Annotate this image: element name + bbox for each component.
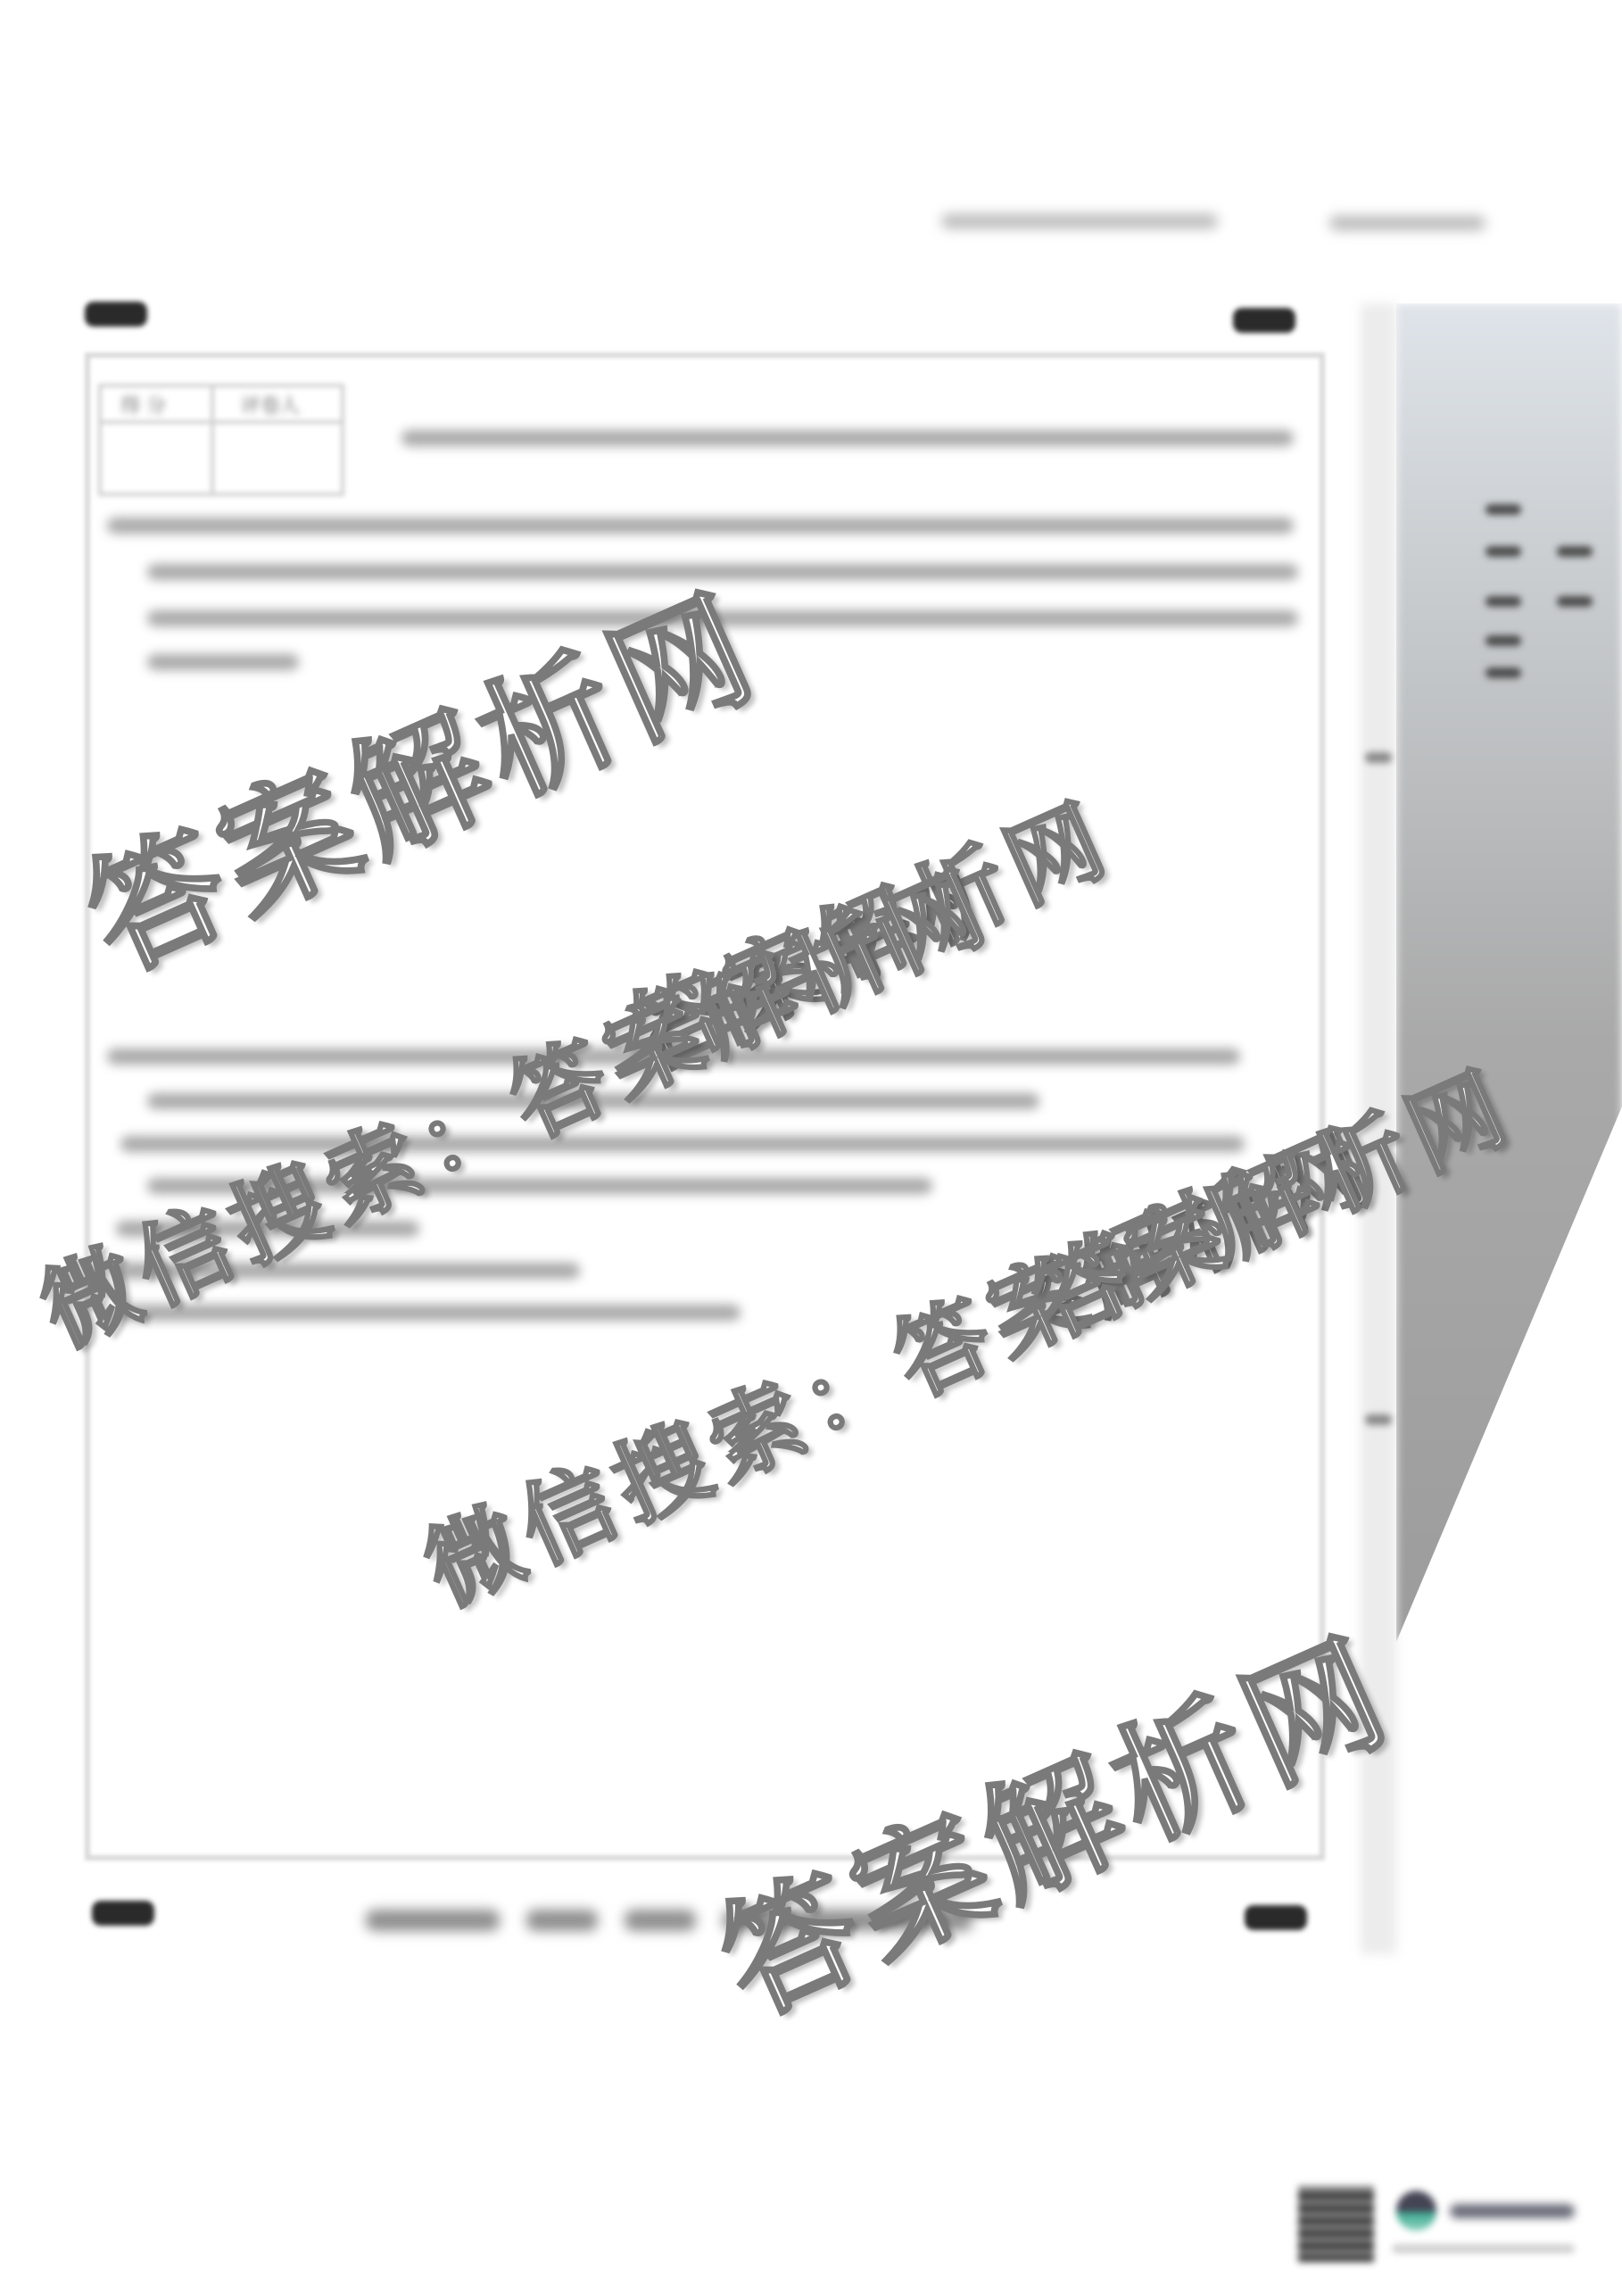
score-table: 得 分 评卷人 [98, 384, 366, 500]
section-heading [401, 430, 1294, 446]
corner-marker-tl [85, 302, 147, 327]
brand-logo-icon [1396, 2191, 1436, 2231]
score-header: 得 分 [120, 391, 166, 419]
header-line-right [1329, 216, 1485, 230]
corner-marker-tr [1233, 308, 1295, 333]
panel-text-mark [1485, 504, 1521, 515]
question-1-line [147, 654, 299, 670]
panel-text-mark [1557, 546, 1593, 557]
binding-hole [1365, 1414, 1392, 1425]
binding-hole [1365, 752, 1392, 763]
brand-name [1450, 2204, 1575, 2218]
header-line-left [941, 214, 1218, 228]
corner-marker-br [1245, 1905, 1307, 1930]
panel-text-mark [1557, 596, 1593, 607]
panel-text-mark [1485, 546, 1521, 557]
panel-text-mark [1485, 596, 1521, 607]
panel-text-mark [1485, 667, 1521, 678]
qr-code [1298, 2186, 1374, 2262]
grader-header: 评卷人 [241, 391, 300, 419]
question-1-line [107, 518, 1294, 534]
corner-marker-bl [92, 1901, 154, 1926]
panel-text-mark [1485, 635, 1521, 646]
brand-tagline [1392, 2244, 1575, 2253]
